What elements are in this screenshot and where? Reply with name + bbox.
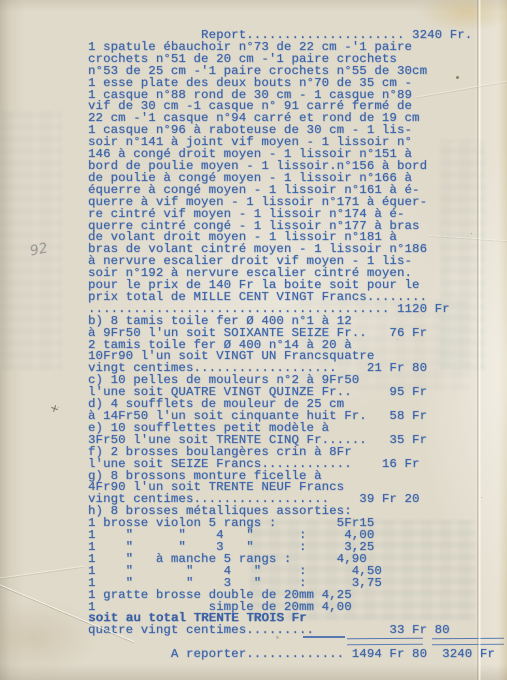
paper-fold-crease (477, 0, 481, 680)
subtotal-double-rule (347, 638, 423, 646)
typewritten-text: Report..................... 3240 Fr.1 sp… (88, 30, 498, 661)
typewriter-line: quatre vingt centimes......... 33 Fr 80 (88, 625, 498, 637)
pencil-cross-mark: + (48, 401, 61, 416)
total-underscore-rule (303, 636, 345, 638)
report-double-rule (432, 638, 504, 646)
paper-crease (0, 566, 84, 581)
paper-specks (456, 76, 459, 79)
typewriter-line: A reporter............. 1494 Fr 80 3240 … (88, 649, 498, 661)
verso-bleedthrough (2, 110, 62, 370)
scanned-document-page: Report..................... 3240 Fr.1 sp… (0, 0, 507, 680)
